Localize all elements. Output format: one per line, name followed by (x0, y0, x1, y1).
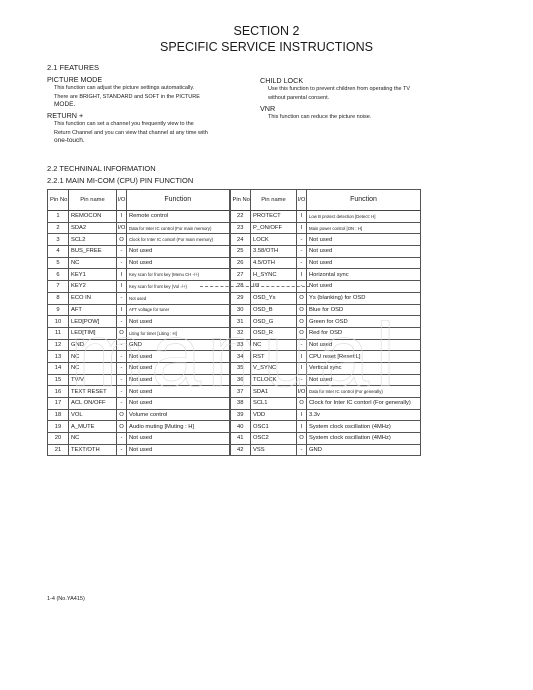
pin-io: - (117, 374, 127, 386)
pin-name: SDA2 (69, 222, 117, 234)
pin-function: Audio muting [Muting : H] (127, 421, 230, 433)
table-row: 3SCL2OClock for Inter IC contorl (For ma… (48, 234, 421, 246)
pin-io: I (297, 269, 307, 281)
pin-number: 19 (48, 421, 69, 433)
header-pin-name: Pin name (251, 190, 297, 211)
pin-function: Not used (127, 257, 230, 269)
technical-heading: 2.2 TECHNINAL INFORMATION (47, 164, 156, 173)
pin-number: 18 (48, 409, 69, 421)
feature-line: Use this function to prevent children fr… (268, 85, 410, 94)
pin-name: LED[POW] (69, 316, 117, 328)
pin-io: - (117, 257, 127, 269)
pin-name: NC (69, 433, 117, 445)
pin-number: 23 (230, 222, 251, 234)
pin-io: I/O (117, 222, 127, 234)
feature-title: RETURN + (47, 111, 83, 120)
features-heading: 2.1 FEATURES (47, 63, 99, 72)
pin-function: Not used (307, 246, 421, 258)
pin-number: 6 (48, 269, 69, 281)
pin-name: LED[TIM] (69, 327, 117, 339)
pin-number: 29 (230, 292, 251, 304)
pin-name: SCL2 (69, 234, 117, 246)
pin-number: 22 (230, 211, 251, 223)
pin-number: 35 (230, 362, 251, 374)
pin-name: PROTECT (251, 211, 297, 223)
pin-io: O (297, 327, 307, 339)
pin-name: VOL (69, 409, 117, 421)
pin-number: 34 (230, 351, 251, 363)
pin-function: Not used (127, 316, 230, 328)
pin-number: 37 (230, 386, 251, 398)
pin-io: - (117, 339, 127, 351)
table-row: 18VOLOVolume control39VDDI3.3v (48, 409, 421, 421)
page-title: SPECIFIC SERVICE INSTRUCTIONS (0, 40, 533, 54)
header-function: Function (127, 190, 230, 211)
pin-function: Not used (127, 433, 230, 445)
table-row: 5NC-Not used264.5/OTH-Not used (48, 257, 421, 269)
pin-number: 5 (48, 257, 69, 269)
pin-number: 41 (230, 433, 251, 445)
pin-number: 10 (48, 316, 69, 328)
feature-title: PICTURE MODE (47, 75, 102, 84)
pin-function: Clock for Inter IC contorl (For main mem… (127, 234, 230, 246)
table-row: 20NC-Not used41OSC2OSystem clock oscilla… (48, 433, 421, 445)
pin-number: 39 (230, 409, 251, 421)
pin-name: BUS_FREE (69, 246, 117, 258)
pin-io: O (297, 292, 307, 304)
feature-line: Return Channel and you can view that cha… (54, 129, 208, 138)
pin-number: 38 (230, 398, 251, 410)
table-header-row: Pin No. Pin name I/O Function Pin No. Pi… (48, 190, 421, 211)
pin-name: VDD (251, 409, 297, 421)
table-row: 17ACL ON/OFF-Not used38SCL1OClock for In… (48, 398, 421, 410)
pin-number: 7 (48, 281, 69, 293)
pin-name: NC (69, 257, 117, 269)
pin-function: Green for OSD (307, 316, 421, 328)
pin-function: System clock oscillation (4MHz) (307, 421, 421, 433)
pin-name: 4.5/OTH (251, 257, 297, 269)
pin-function: Blue for OSD (307, 304, 421, 316)
feature-title: CHILD LOCK (260, 76, 303, 85)
pin-function: Not used (127, 444, 230, 456)
pin-number: 3 (48, 234, 69, 246)
pin-number: 8 (48, 292, 69, 304)
pin-name: AFT (69, 304, 117, 316)
pin-function: Not used (307, 374, 421, 386)
feature-line: one-touch. (54, 137, 208, 146)
feature-line: without parental consent. (268, 94, 410, 103)
pin-io: I (297, 409, 307, 421)
scan-artifact-line (200, 286, 310, 287)
pin-number: 32 (230, 327, 251, 339)
pin-name: NC (69, 351, 117, 363)
pin-name: H_SYNC (251, 269, 297, 281)
pin-function: AFT voltage for tuner (127, 304, 230, 316)
pin-io: O (117, 234, 127, 246)
pin-number: 21 (48, 444, 69, 456)
header-pin-no: Pin No. (48, 190, 69, 211)
pin-io: I (297, 351, 307, 363)
feature-title: VNR (260, 104, 275, 113)
pin-io: I (117, 281, 127, 293)
table-row: 14NC-Not used35V_SYNCIVertical sync (48, 362, 421, 374)
pin-number: 16 (48, 386, 69, 398)
pin-number: 15 (48, 374, 69, 386)
pin-name: VSS (251, 444, 297, 456)
pin-io: - (117, 398, 127, 410)
pin-io: - (297, 339, 307, 351)
pin-number: 25 (230, 246, 251, 258)
pin-number: 30 (230, 304, 251, 316)
pin-function: Data for Inter IC control (For main memo… (127, 222, 230, 234)
pin-number: 24 (230, 234, 251, 246)
pin-io: - (117, 444, 127, 456)
pin-function: GND (307, 444, 421, 456)
feature-body: This function can set a channel you freq… (54, 120, 208, 146)
pin-io: I (297, 211, 307, 223)
pin-io: O (117, 409, 127, 421)
pin-io: O (297, 398, 307, 410)
pin-name: A_MUTE (69, 421, 117, 433)
page-footer: 1-4 (No.YA415) (47, 596, 85, 602)
pin-number: 20 (48, 433, 69, 445)
pin-function: Not used (127, 398, 230, 410)
pin-function-table: Pin No. Pin name I/O Function Pin No. Pi… (47, 189, 421, 456)
pin-io: - (297, 374, 307, 386)
feature-line: This function can reduce the picture noi… (268, 113, 371, 122)
pin-function: Not used (127, 374, 230, 386)
pin-function-heading: 2.2.1 MAIN MI-COM (CPU) PIN FUNCTION (47, 176, 193, 185)
pin-name: OSC2 (251, 433, 297, 445)
pin-io: - (297, 257, 307, 269)
pin-name: GND (69, 339, 117, 351)
table-row: 19A_MUTEOAudio muting [Muting : H]40OSC1… (48, 421, 421, 433)
pin-function: Data for Inter IC control (For generally… (307, 386, 421, 398)
pin-name: NC (69, 362, 117, 374)
pin-function: 3.3v (307, 409, 421, 421)
table-row: 16TEXT RESET-Not used37SDA1I/OData for I… (48, 386, 421, 398)
pin-name: P_ON/OFF (251, 222, 297, 234)
pin-function: GND (127, 339, 230, 351)
pin-function: Not used (127, 246, 230, 258)
table-row: 10LED[POW]-Not used31OSD_GOGreen for OSD (48, 316, 421, 328)
pin-io: - (117, 292, 127, 304)
table-row: 8ECO IN-Not used29OSD_YsOYs (blanking) f… (48, 292, 421, 304)
pin-name: NC (251, 339, 297, 351)
section-number: SECTION 2 (0, 24, 533, 38)
pin-number: 2 (48, 222, 69, 234)
pin-io: - (117, 386, 127, 398)
pin-name: TEXT RESET (69, 386, 117, 398)
pin-function: Red for OSD (307, 327, 421, 339)
table-row: 4BUS_FREE-Not used253.58/OTH-Not used (48, 246, 421, 258)
table-row: 13NC-Not used34RSTICPU reset [Reset:L] (48, 351, 421, 363)
table-row: 15TV/V-Not used36TCLOCK-Not used (48, 374, 421, 386)
pin-number: 42 (230, 444, 251, 456)
pin-io: O (297, 433, 307, 445)
pin-number: 40 (230, 421, 251, 433)
table-row: 12GND-GND33NC-Not used (48, 339, 421, 351)
pin-name: SDA1 (251, 386, 297, 398)
pin-function: Not used (307, 339, 421, 351)
pin-number: 33 (230, 339, 251, 351)
pin-number: 36 (230, 374, 251, 386)
pin-io: - (297, 246, 307, 258)
pin-io: O (117, 421, 127, 433)
pin-name: REMOCON (69, 211, 117, 223)
feature-line: This function can set a channel you freq… (54, 120, 208, 129)
pin-name: OSD_R (251, 327, 297, 339)
table-row: 21TEXT/OTH-Not used42VSS-GND (48, 444, 421, 456)
table-row: 1REMOCONIRemote control22PROTECTILow B p… (48, 211, 421, 223)
pin-io: - (117, 351, 127, 363)
pin-name: TEXT/OTH (69, 444, 117, 456)
pin-function: Not used (307, 281, 421, 293)
pin-io: O (117, 327, 127, 339)
feature-line: This function can adjust the picture set… (54, 84, 200, 93)
pin-function: Main power control [ON : H] (307, 222, 421, 234)
pin-number: 13 (48, 351, 69, 363)
table-row: 9AFTIAFT voltage for tuner30OSD_BOBlue f… (48, 304, 421, 316)
pin-io: I (117, 304, 127, 316)
pin-number: 9 (48, 304, 69, 316)
pin-name: OSC1 (251, 421, 297, 433)
pin-function: Not used (127, 386, 230, 398)
feature-body: This function can reduce the picture noi… (268, 113, 371, 122)
pin-number: 12 (48, 339, 69, 351)
header-io: I/O (297, 190, 307, 211)
pin-name: LOCK (251, 234, 297, 246)
pin-number: 11 (48, 327, 69, 339)
pin-io: I (297, 421, 307, 433)
pin-function: Horizontal sync (307, 269, 421, 281)
header-pin-no: Pin No. (230, 190, 251, 211)
pin-name: TCLOCK (251, 374, 297, 386)
pin-name: TV/V (69, 374, 117, 386)
pin-name: OSD_B (251, 304, 297, 316)
pin-function: Volume control (127, 409, 230, 421)
pin-io: - (117, 362, 127, 374)
pin-function: Not used (127, 351, 230, 363)
pin-function: CPU reset [Reset:L] (307, 351, 421, 363)
feature-body: Use this function to prevent children fr… (268, 85, 410, 102)
feature-body: This function can adjust the picture set… (54, 84, 200, 110)
pin-io: - (297, 444, 307, 456)
header-io: I/O (117, 190, 127, 211)
pin-name: SCL1 (251, 398, 297, 410)
pin-name: RST (251, 351, 297, 363)
pin-function: Not used (127, 292, 230, 304)
pin-io: I/O (297, 386, 307, 398)
pin-function: System clock oscillation (4MHz) (307, 433, 421, 445)
table-row: 6KEY1IKey scan for front key (Menu CH -/… (48, 269, 421, 281)
pin-number: 1 (48, 211, 69, 223)
pin-io: - (117, 316, 127, 328)
pin-function: Low B protect detection [Detect: H] (307, 211, 421, 223)
pin-function: Liting for timer [Liting : H] (127, 327, 230, 339)
pin-name: ECO IN (69, 292, 117, 304)
pin-io: - (117, 246, 127, 258)
pin-number: 26 (230, 257, 251, 269)
pin-io: O (297, 304, 307, 316)
pin-function: Vertical sync (307, 362, 421, 374)
feature-line: MODE. (54, 101, 200, 110)
pin-function: Not used (307, 257, 421, 269)
pin-io: - (117, 433, 127, 445)
pin-name: KEY2 (69, 281, 117, 293)
pin-function: Not used (307, 234, 421, 246)
pin-name: V_SYNC (251, 362, 297, 374)
table-row: 11LED[TIM]OLiting for timer [Liting : H]… (48, 327, 421, 339)
pin-io: - (297, 234, 307, 246)
pin-name: KEY1 (69, 269, 117, 281)
feature-line: There are BRIGHT, STANDARD and SOFT in t… (54, 93, 200, 102)
pin-name: OSD_Ys (251, 292, 297, 304)
pin-io: I (117, 211, 127, 223)
pin-io: O (297, 316, 307, 328)
pin-number: 31 (230, 316, 251, 328)
table-row: 2SDA2I/OData for Inter IC control (For m… (48, 222, 421, 234)
pin-number: 14 (48, 362, 69, 374)
pin-io: I (117, 269, 127, 281)
pin-function: Remote control (127, 211, 230, 223)
pin-function: Clock for Inter IC contorl (For generall… (307, 398, 421, 410)
header-pin-name: Pin name (69, 190, 117, 211)
pin-number: 4 (48, 246, 69, 258)
pin-function: Key scan for front key (Menu CH -/+) (127, 269, 230, 281)
pin-io: I (297, 362, 307, 374)
pin-name: OSD_G (251, 316, 297, 328)
pin-io: I (297, 222, 307, 234)
pin-number: 27 (230, 269, 251, 281)
pin-number: 17 (48, 398, 69, 410)
pin-function: Ys (blanking) for OSD (307, 292, 421, 304)
pin-name: ACL ON/OFF (69, 398, 117, 410)
pin-name: 3.58/OTH (251, 246, 297, 258)
header-function: Function (307, 190, 421, 211)
pin-function: Not used (127, 362, 230, 374)
